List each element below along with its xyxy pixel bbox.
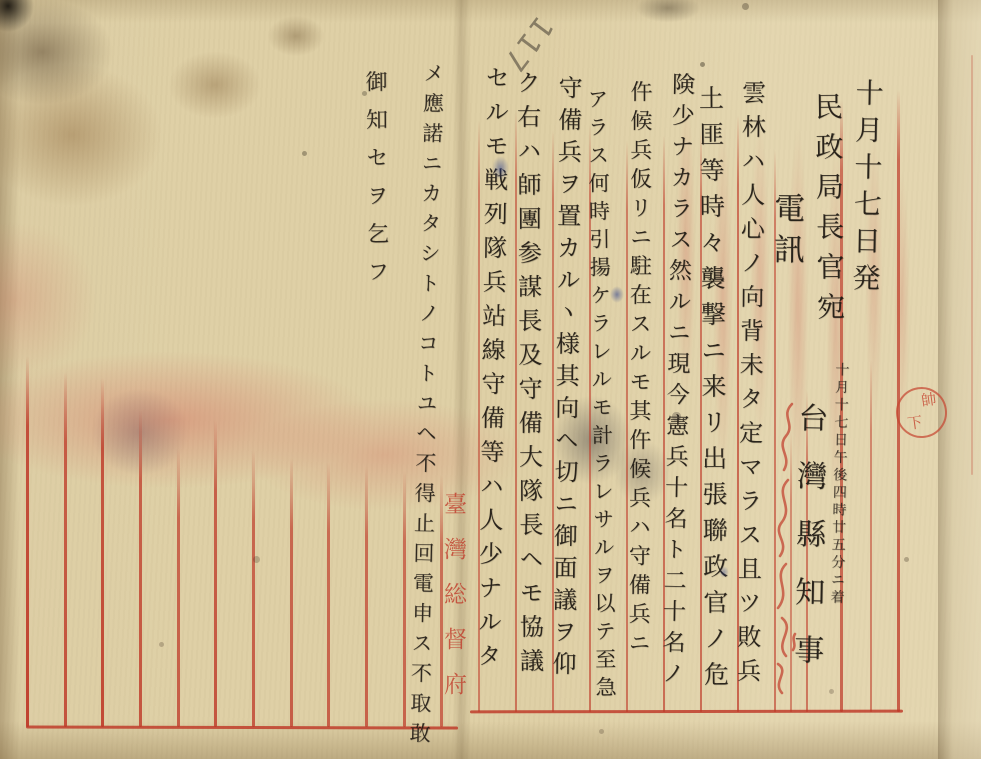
doc-type-label: 電訊 [770,192,802,274]
blue-ink-blot [610,286,624,303]
rule-line [365,466,368,727]
blue-ink-blot [719,566,729,578]
reply-note-column-1: メ應諾ニカタシトノコトユヘ不得止回電申ス不取敢 [408,62,443,752]
paper-specks [0,0,3,3]
rule-line [252,450,255,727]
paper-right-edge [938,0,981,759]
rule-line [214,420,217,727]
rule-line [26,356,29,727]
rule-line [870,360,872,712]
seal-char-bottom: 下 [906,415,923,432]
received-stamp-note: 十月十七日午後四時廿五分ニ着 [829,362,848,607]
body-column-6: 守備兵ヲ置カルヽ様其向ヘ切ニ御面議ヲ仰 [550,75,580,683]
rule-line [403,471,406,727]
document-scan: 117 十月十七日発 民政局長官宛 電訊 十月十七日午後四時廿五分ニ着 台灣縣知… [0,0,981,759]
addressee: 民政局長官宛 [813,92,844,332]
rule-line [101,378,104,727]
rule-line [64,372,67,727]
left-leaf-bottom-rule [26,725,458,729]
rule-line [327,462,330,727]
body-column-1: 雲林ハ人心ノ向背未タ定マラス且ツ敗兵 [734,80,763,692]
rule-line [177,448,180,727]
rule-line [290,458,293,727]
blue-ink-blot [492,156,509,180]
red-cursive-annotation [762,398,808,698]
gutter-imprint: 臺灣総督府 [441,492,464,717]
dispatch-date: 十月十七日発 [850,78,882,300]
body-column-4: 仵候兵仮リニ駐在スルモ其仵候兵ハ守備兵ニ [626,80,650,660]
right-leaf-bottom-rule [470,710,903,713]
seal-char-top: 帥 [920,392,937,409]
body-column-2: 土匪等時々襲撃ニ来リ出張聯政官ノ危 [697,85,727,697]
rule-line [139,410,142,727]
body-column-7: ク右ハ師團参謀長及守備大隊長ヘモ協議 [514,70,541,682]
reply-note-column-2: 御知セヲ乞フ [363,70,387,298]
underpage-red-border [971,55,973,475]
